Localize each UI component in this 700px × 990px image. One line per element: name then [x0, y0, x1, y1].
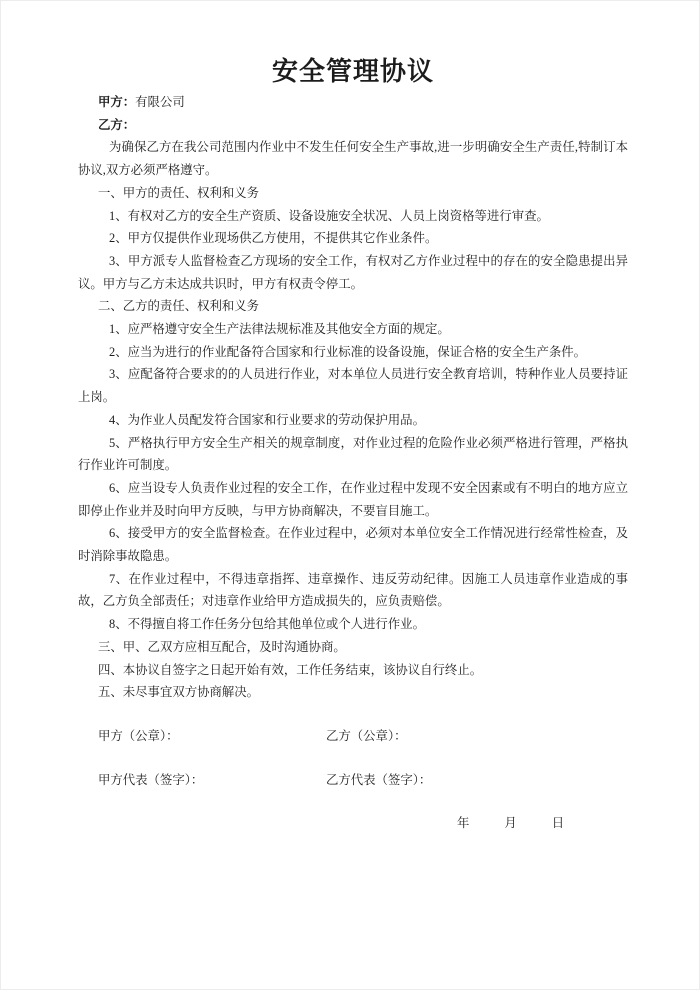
- clause-item: 2、应当为进行的作业配备符合国家和行业标准的设备设施，保证合格的安全生产条件。: [78, 341, 628, 364]
- clause-item: 6、应当设专人负责作业过程的安全工作，在作业过程中发现不安全因素或有不明白的地方…: [78, 477, 628, 522]
- party-b-seal-label: 乙方（公章）：: [326, 725, 407, 748]
- date-line: 年月日: [457, 812, 628, 835]
- clause-item: 2、甲方仅提供作业现场供乙方使用，不提供其它作业条件。: [78, 227, 628, 250]
- clause-item: 5、严格执行甲方安全生产相关的规章制度，对作业过程的危险作业必须严格进行管理，严…: [78, 432, 628, 477]
- closing-clause: 四、本协议自签字之日起开始有效，工作任务结束，该协议自行终止。: [78, 659, 628, 682]
- date-day-label: 日: [552, 816, 564, 830]
- date-month-label: 月: [504, 816, 516, 830]
- clause-item: 6、接受甲方的安全监督检查。在作业过程中，必须对本单位安全工作情况进行经常性检查…: [78, 522, 628, 567]
- clause-item: 8、不得擅自将工作任务分包给其他单位或个人进行作业。: [78, 613, 628, 636]
- clause-item: 4、为作业人员配发符合国家和行业要求的劳动保护用品。: [78, 409, 628, 432]
- signature-rep-row: 甲方代表（签字）：乙方代表（签字）：: [78, 769, 628, 792]
- party-a-seal-label: 甲方（公章）：: [78, 725, 326, 748]
- document-title: 安全管理协议: [78, 57, 628, 87]
- document-page: 安全管理协议 甲方：有限公司 乙方： 为确保乙方在我公司范围内作业中不发生任何安…: [0, 0, 700, 990]
- intro-paragraph: 为确保乙方在我公司范围内作业中不发生任何安全生产事故,进一步明确安全生产责任,特…: [78, 136, 628, 181]
- party-b-sign-label: 乙方代表（签字）：: [326, 769, 431, 792]
- section-a-heading: 一、甲方的责任、权利和义务: [78, 182, 628, 205]
- party-a-sign-label: 甲方代表（签字）：: [78, 769, 326, 792]
- section-b-heading: 二、乙方的责任、权利和义务: [78, 295, 628, 318]
- date-year-label: 年: [457, 816, 469, 830]
- party-a-label: 甲方：: [98, 95, 135, 109]
- closing-clause: 五、未尽事宜双方协商解决。: [78, 681, 628, 704]
- clause-item: 7、在作业过程中，不得违章指挥、违章操作、违反劳动纪律。因施工人员违章作业造成的…: [78, 568, 628, 613]
- clause-item: 3、应配备符合要求的的人员进行作业，对本单位人员进行安全教育培训，特种作业人员要…: [78, 363, 628, 408]
- clause-item: 3、甲方派专人监督检查乙方现场的安全工作，有权对乙方作业过程中的存在的安全隐患提…: [78, 250, 628, 295]
- party-b-line: 乙方：: [78, 114, 628, 137]
- party-b-label: 乙方：: [98, 118, 135, 132]
- party-a-value: 有限公司: [135, 95, 185, 109]
- party-a-line: 甲方：有限公司: [78, 91, 628, 114]
- closing-clause: 三、甲、乙双方应相互配合，及时沟通协商。: [78, 636, 628, 659]
- clause-item: 1、有权对乙方的安全生产资质、设备设施安全状况、人员上岗资格等进行审查。: [78, 205, 628, 228]
- clause-item: 1、应严格遵守安全生产法律法规标准及其他安全方面的规定。: [78, 318, 628, 341]
- signature-seal-row: 甲方（公章）：乙方（公章）：: [78, 725, 628, 748]
